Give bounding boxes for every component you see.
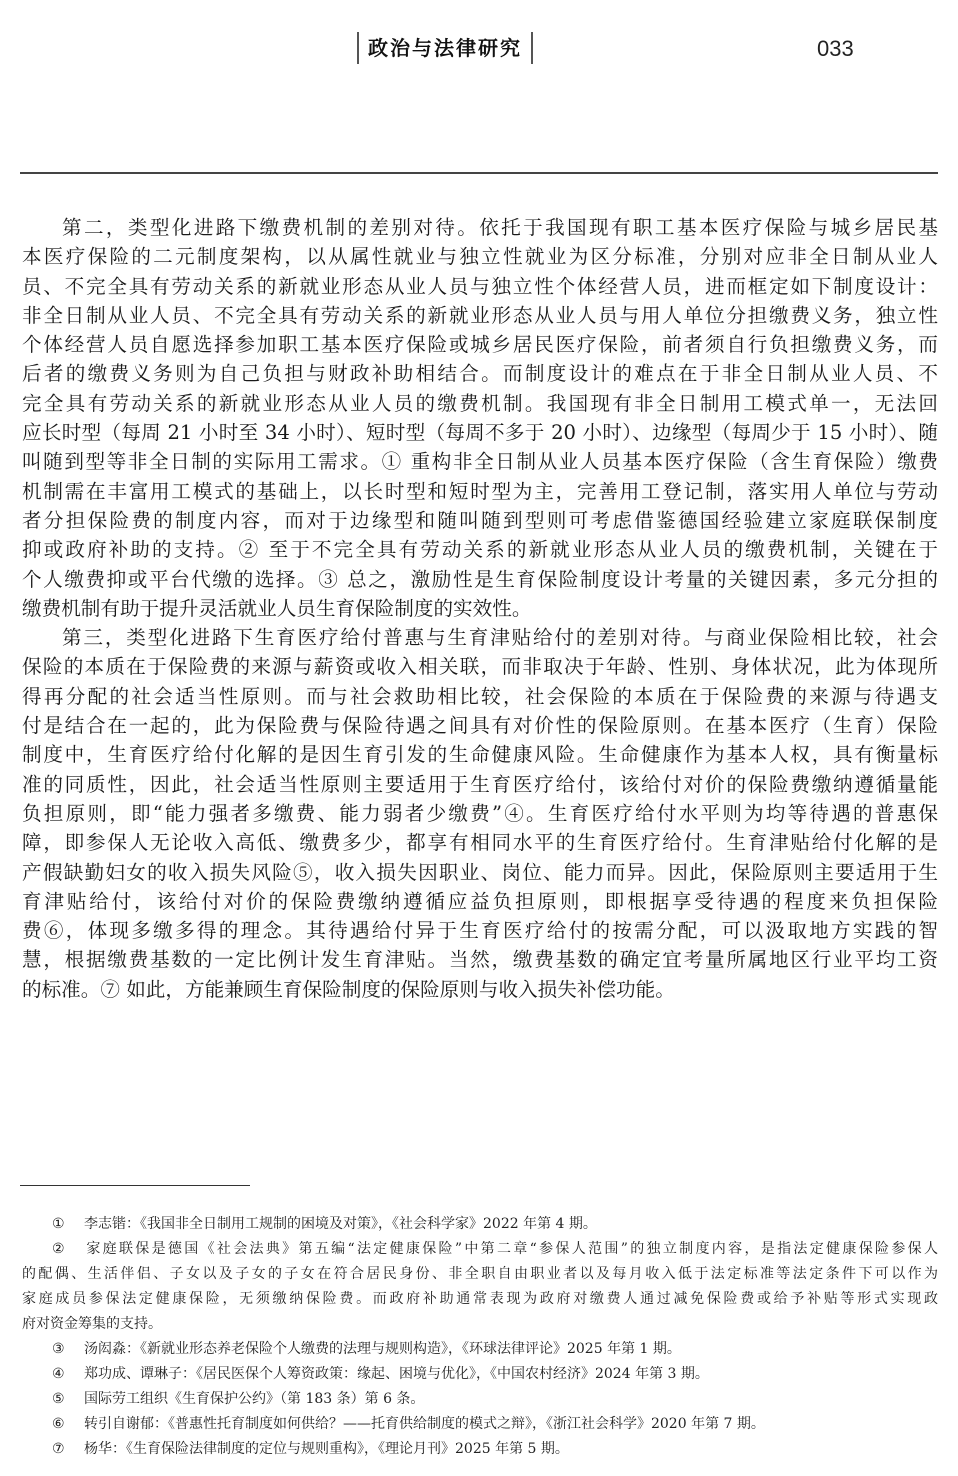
footnote-1: ①李志锴：《我国非全日制用工规制的困境及对策》，《社会科学家》2022 年第 4… [22, 1212, 938, 1237]
footnote-marker: ④ [52, 1362, 84, 1387]
footnote-7: ⑦杨华：《生育保险法律制度的定位与规则重构》，《理论月刊》2025 年第 5 期… [22, 1437, 938, 1462]
text-line: 保险的本质在于保险费的来源与薪资或收入相关联，而非取决于年龄、性别、身体状况，此… [22, 652, 938, 681]
text-line: 产假缺勤妇女的收入损失风险⑤，收入损失因职业、岗位、能力而异。因此，保险原则主要… [22, 858, 938, 887]
footnote-2-cont: 府对资金筹集的支持。 [22, 1312, 938, 1337]
text-line: 叫随到型等非全日制的实际用工需求。① 重构非全日制从业人员基本医疗保险（含生育保… [22, 447, 938, 476]
footnote-marker: ⑦ [52, 1437, 84, 1462]
text-line: 本医疗保险的二元制度架构，以从属性就业与独立性就业为区分标准，分别对应非全日制从… [22, 242, 938, 271]
page-header: 政治与法律研究 033 [0, 30, 958, 70]
page-number: 033 [817, 36, 854, 62]
footnote-text: 李志锴：《我国非全日制用工规制的困境及对策》，《社会科学家》2022 年第 4 … [84, 1216, 597, 1232]
footnote-marker: ⑥ [52, 1412, 84, 1437]
text-line: 缴费机制有助于提升灵活就业人员生育保险制度的实效性。 [22, 594, 938, 623]
footnote-2: ②家庭联保是德国《社会法典》第五编“法定健康保险”中第二章“参保人范围”的独立制… [22, 1237, 938, 1262]
text-line: 抑或政府补助的支持。② 至于不完全具有劳动关系的新就业形态从业人员的缴费机制，关… [22, 535, 938, 564]
footnote-text: 郑功成、谭琳子：《居民医保个人筹资政策：缘起、困境与优化》，《中国农村经济》20… [84, 1366, 709, 1382]
footnote-marker: ① [52, 1212, 84, 1237]
footnotes: ①李志锴：《我国非全日制用工规制的困境及对策》，《社会科学家》2022 年第 4… [22, 1212, 938, 1462]
text-line: 第三，类型化进路下生育医疗给付普惠与生育津贴给付的差别对待。与商业保险相比较，社… [22, 623, 938, 652]
text-line: 付是结合在一起的，此为保险费与保险待遇之间具有对价性的保险原则。在基本医疗（生育… [22, 711, 938, 740]
text-line: 得再分配的社会适当性原则。而与社会救助相比较，社会保险的本质在于保险费的来源与待… [22, 682, 938, 711]
footnote-marker: ② [52, 1237, 84, 1262]
article-body: 第二，类型化进路下缴费机制的差别对待。依托于我国现有职工基本医疗保险与城乡居民基… [22, 213, 938, 1004]
footnote-3: ③汤闳淼：《新就业形态养老保险个人缴费的法理与规则构造》，《环球法律评论》202… [22, 1337, 938, 1362]
text-line: 完全具有劳动关系的新就业形态从业人员的缴费机制。我国现有非全日制用工模式单一，无… [22, 389, 938, 418]
text-line: 第二，类型化进路下缴费机制的差别对待。依托于我国现有职工基本医疗保险与城乡居民基 [22, 213, 938, 242]
text-line: 慧，根据缴费基数的一定比例计发生育津贴。当然，缴费基数的确定宜考量所属地区行业平… [22, 945, 938, 974]
footnote-text: 国际劳工组织《生育保护公约》（第 183 条）第 6 条。 [84, 1391, 424, 1407]
text-line: 个人缴费抑或平台代缴的选择。③ 总之，激励性是生育保险制度设计考量的关键因素，多… [22, 565, 938, 594]
text-line: 负担原则，即“能力强者多缴费、能力弱者少缴费”④。生育医疗给付水平则为均等待遇的… [22, 799, 938, 828]
text-line: 者分担保险费的制度内容，而对于边缘型和随叫随到型则可考虑借鉴德国经验建立家庭联保… [22, 506, 938, 535]
text-line: 非全日制从业人员、不完全具有劳动关系的新就业形态从业人员与用人单位分担缴费义务，… [22, 301, 938, 330]
text-line: 制度中，生育医疗给付化解的是因生育引发的生命健康风险。生命健康作为基本人权，具有… [22, 740, 938, 769]
footnote-2-cont: 的配偶、生活伴侣、子女以及子女的子女在符合居民身份、非全职自由职业者以及每月收入… [22, 1262, 938, 1287]
footnote-5: ⑤国际劳工组织《生育保护公约》（第 183 条）第 6 条。 [22, 1387, 938, 1412]
journal-title: 政治与法律研究 [357, 32, 533, 64]
footnote-text: 杨华：《生育保险法律制度的定位与规则重构》，《理论月刊》2025 年第 5 期。 [84, 1441, 569, 1457]
paragraph-contribution-mechanism: 第二，类型化进路下缴费机制的差别对待。依托于我国现有职工基本医疗保险与城乡居民基… [22, 213, 938, 623]
header-divider [20, 172, 938, 174]
text-line: 育津贴给付，该给付对价的保险费缴纳遵循应益负担原则，即根据享受待遇的程度来负担保… [22, 887, 938, 916]
footnote-6: ⑥转引自谢郁：《普惠性托育制度如何供给？——托育供给制度的模式之辩》，《浙江社会… [22, 1412, 938, 1437]
text-line: 障，即参保人无论收入高低、缴费多少，都享有相同水平的生育医疗给付。生育津贴给付化… [22, 828, 938, 857]
footnote-4: ④郑功成、谭琳子：《居民医保个人筹资政策：缘起、困境与优化》，《中国农村经济》2… [22, 1362, 938, 1387]
footnote-marker: ⑤ [52, 1387, 84, 1412]
footnote-2-cont: 家庭成员参保法定健康保险，无须缴纳保险费。而政府补助通常表现为政府对缴费人通过减… [22, 1287, 938, 1312]
text-line: 应长时型（每周 21 小时至 34 小时）、短时型（每周不多于 20 小时）、边… [22, 418, 938, 447]
footnote-text: 家庭联保是德国《社会法典》第五编“法定健康保险”中第二章“参保人范围”的独立制度… [84, 1241, 938, 1257]
text-line: 后者的缴费义务则为自己负担与财政补助相结合。而制度设计的难点在于非全日制从业人员… [22, 359, 938, 388]
text-line: 准的同质性，因此，社会适当性原则主要适用于生育医疗给付，该给付对价的保险费缴纳遵… [22, 770, 938, 799]
text-line: 的标准。⑦ 如此，方能兼顾生育保险制度的保险原则与收入损失补偿功能。 [22, 975, 938, 1004]
text-line: 费⑥，体现多缴多得的理念。其待遇给付异于生育医疗给付的按需分配，可以汲取地方实践… [22, 916, 938, 945]
footnote-divider [20, 1185, 250, 1186]
text-line: 机制需在丰富用工模式的基础上，以长时型和短时型为主，完善用工登记制，落实用人单位… [22, 477, 938, 506]
text-line: 个体经营人员自愿选择参加职工基本医疗保险或城乡居民医疗保险，前者须自行负担缴费义… [22, 330, 938, 359]
footnote-marker: ③ [52, 1337, 84, 1362]
footnote-text: 汤闳淼：《新就业形态养老保险个人缴费的法理与规则构造》，《环球法律评论》2025… [84, 1341, 681, 1357]
paragraph-benefit-differentiation: 第三，类型化进路下生育医疗给付普惠与生育津贴给付的差别对待。与商业保险相比较，社… [22, 623, 938, 1004]
text-line: 员、不完全具有劳动关系的新就业形态从业人员与独立性个体经营人员，进而框定如下制度… [22, 272, 938, 301]
footnote-text: 转引自谢郁：《普惠性托育制度如何供给？——托育供给制度的模式之辩》，《浙江社会科… [84, 1416, 765, 1432]
